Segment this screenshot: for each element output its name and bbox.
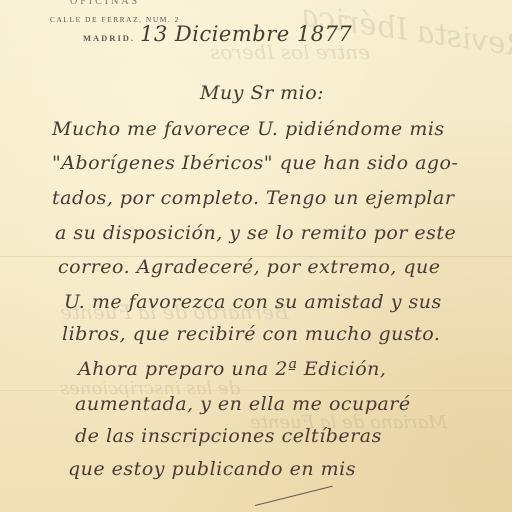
letterhead-office: OFICINAS bbox=[70, 0, 140, 7]
letterhead-city: MADRID. bbox=[83, 33, 135, 43]
letter-salutation: Muy Sr mio: bbox=[200, 82, 324, 104]
letter-line: que estoy publicando en mis bbox=[68, 458, 356, 480]
letter-line: Ahora preparo una 2ª Edición, bbox=[78, 358, 386, 380]
letter-line: libros, que recibiré con mucho gusto. bbox=[62, 323, 440, 345]
letter-line: tados, por completo. Tengo un ejemplar bbox=[52, 187, 454, 209]
letter-line: correo. Agradeceré, por extremo, que bbox=[58, 256, 441, 278]
letter-date: 13 Diciembre 1877 bbox=[140, 22, 352, 46]
letter-line: aumentada, y en ella me ocuparé bbox=[75, 393, 411, 415]
letter-line: a su disposición, y se lo remito por est… bbox=[55, 222, 456, 244]
letter-line: Mucho me favorece U. pidiéndome mis bbox=[52, 118, 445, 140]
letter-line: de las inscripciones celtíberas bbox=[75, 425, 382, 447]
letter-line: U. me favorezca con su amistad y sus bbox=[64, 291, 442, 313]
letter-line: "Aborígenes Ibéricos" que han sido ago- bbox=[52, 152, 458, 174]
